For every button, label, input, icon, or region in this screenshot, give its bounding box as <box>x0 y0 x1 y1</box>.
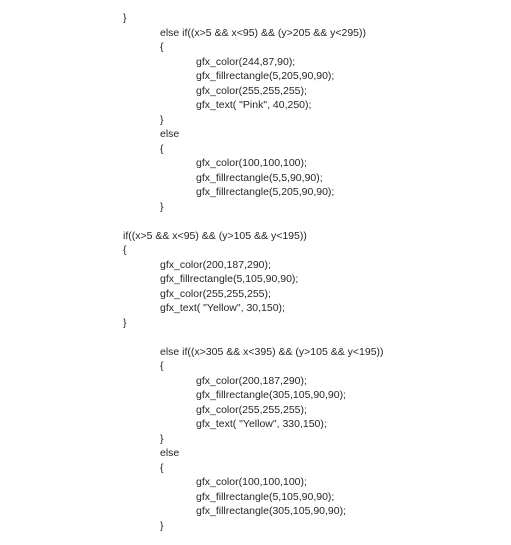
code-line: if((x>5 && x<95) && (y>105 && y<195)) <box>123 229 307 243</box>
code-line: gfx_fillrectangle(5,205,90,90); <box>196 69 334 83</box>
code-line: else if((x>305 && x<395) && (y>105 && y<… <box>160 345 384 359</box>
code-line: gfx_fillrectangle(5,105,90,90); <box>196 490 334 504</box>
code-document: }else if((x>5 && x<95) && (y>205 && y<29… <box>0 0 511 545</box>
code-line: gfx_color(244,87,90); <box>196 55 295 69</box>
code-line: gfx_fillrectangle(5,105,90,90); <box>160 272 298 286</box>
code-line: gfx_color(100,100,100); <box>196 475 307 489</box>
code-line: } <box>160 432 164 446</box>
code-line: { <box>160 142 164 156</box>
code-line: { <box>160 359 164 373</box>
code-line: gfx_text( "Pink", 40,250); <box>196 98 311 112</box>
code-line: else <box>160 127 179 141</box>
code-line: gfx_fillrectangle(305,105,90,90); <box>196 388 346 402</box>
code-line: gfx_fillrectangle(5,205,90,90); <box>196 185 334 199</box>
code-line: } <box>123 316 127 330</box>
code-line: { <box>160 40 164 54</box>
code-line: { <box>160 461 164 475</box>
code-line: gfx_text( "Yellow", 30,150); <box>160 301 285 315</box>
code-line: gfx_fillrectangle(5,5,90,90); <box>196 171 323 185</box>
code-line: else if((x>5 && x<95) && (y>205 && y<295… <box>160 26 366 40</box>
code-line: } <box>160 113 164 127</box>
code-line: gfx_text( "Yellow", 330,150); <box>196 417 327 431</box>
code-line: { <box>123 243 127 257</box>
code-line: } <box>160 519 164 533</box>
code-line: gfx_color(255,255,255); <box>196 403 307 417</box>
code-line: else <box>160 446 179 460</box>
code-line: gfx_color(200,187,290); <box>160 258 271 272</box>
code-line: gfx_color(100,100,100); <box>196 156 307 170</box>
code-line: } <box>123 11 127 25</box>
code-line: } <box>160 200 164 214</box>
code-line: gfx_fillrectangle(305,105,90,90); <box>196 504 346 518</box>
code-line: gfx_color(255,255,255); <box>196 84 307 98</box>
code-line: gfx_color(255,255,255); <box>160 287 271 301</box>
code-line: gfx_color(200,187,290); <box>196 374 307 388</box>
